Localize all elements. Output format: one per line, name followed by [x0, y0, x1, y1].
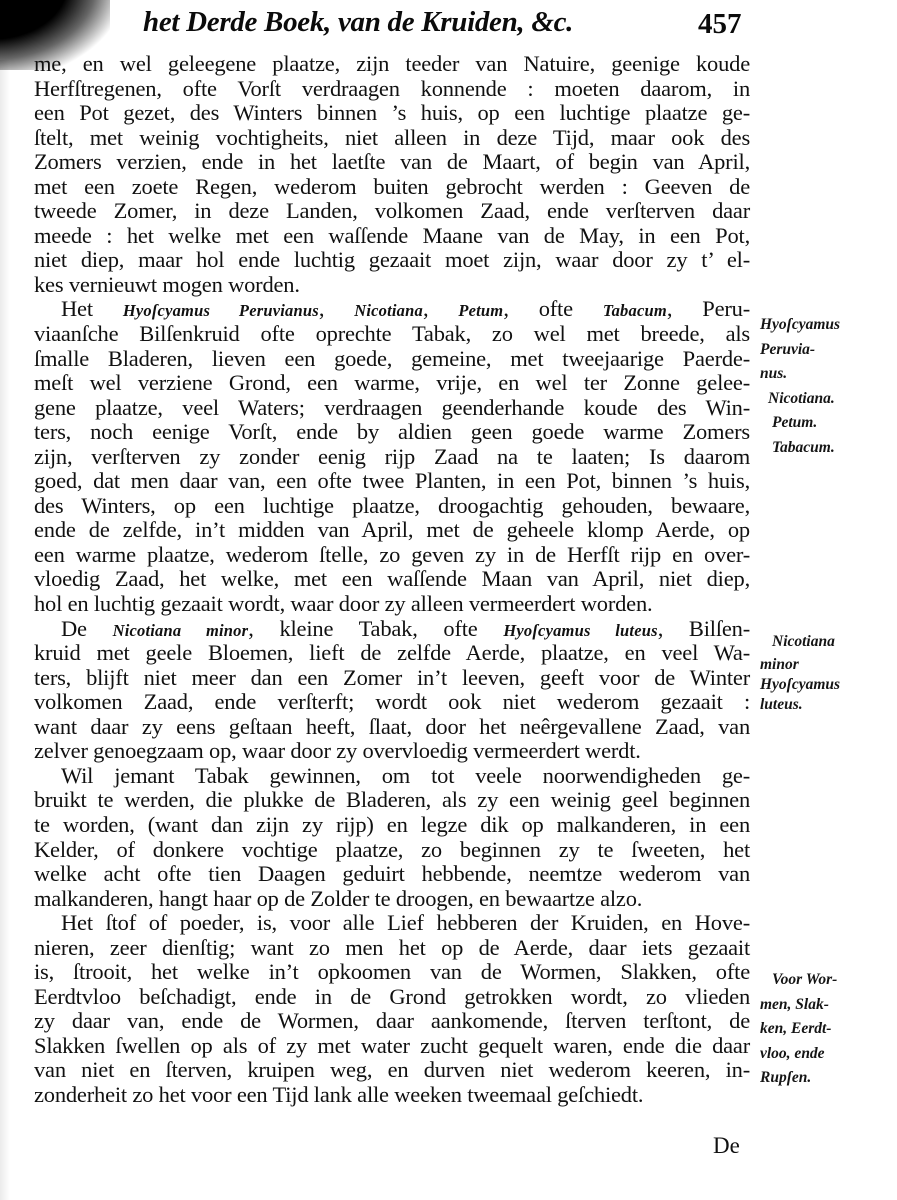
text-line: niet diep, maar hol ende luchtig gezaait… — [34, 248, 750, 273]
text-line: meſt wel verziene Grond, een warme, vrij… — [34, 371, 750, 396]
text-line: nieren, zeer dienſtig; want zo men het o… — [34, 936, 750, 961]
margin-note-line: vloo, ende — [760, 1042, 895, 1067]
paragraph-continuation: me, en wel geleegene plaatze, zijn teede… — [34, 52, 750, 297]
text-line: gene plaatze, veel Waters; verdraagen ge… — [34, 396, 750, 421]
text-line: ſmalle Bladeren, lieven een goede, gemei… — [34, 347, 750, 372]
latin-name: Petum — [458, 301, 503, 320]
margin-note-line: Voor Wor- — [760, 968, 895, 993]
text-line: goed, dat men daar van, een ofte twee Pl… — [34, 469, 750, 494]
text-line: ende de zelfde, in’t midden van April, m… — [34, 518, 750, 543]
text-line: zonderheit zo het voor een Tijd lank all… — [34, 1083, 750, 1108]
paragraph-tabak-gewinnen: Wil jemant Tabak gewinnen, om tot veele … — [34, 764, 750, 911]
text-line: ters, blijft niet meer dan een Zomer in’… — [34, 666, 750, 691]
text-line: tweede Zomer, in deze Landen, volkomen Z… — [34, 199, 750, 224]
margin-note-line: Hyoſcyamus — [760, 675, 895, 695]
text-line: met een zoete Regen, wederom buiten gebr… — [34, 175, 750, 200]
margin-note-line: minor — [760, 655, 895, 675]
text-span: De — [61, 616, 113, 641]
page-gutter — [0, 60, 10, 1200]
margin-note-line: Hyoſcyamus — [760, 313, 895, 338]
text-line: zelver genoegzaam op, waar door zy overv… — [34, 739, 750, 764]
text-line: te worden, (want dan zijn zy rijp) en le… — [34, 813, 750, 838]
text-line: een Pot gezet, des Winters binnen ’s hui… — [34, 101, 750, 126]
margin-note-line: Tabacum. — [760, 436, 895, 461]
text-line: Zomers verzien, ende in het laetſte van … — [34, 150, 750, 175]
margin-note-line: nus. — [760, 362, 895, 387]
text-line: volkomen Zaad, ende verſterft; wordt ook… — [34, 690, 750, 715]
text-line: Het ſtof of poeder, is, voor alle Lief h… — [34, 911, 750, 936]
latin-name: Tabacum — [603, 301, 667, 320]
text-line: malkanderen, hangt haar op de Zolder te … — [34, 887, 750, 912]
text-line: Wil jemant Tabak gewinnen, om tot veele … — [34, 764, 750, 789]
text-line: Herfſtregenen, ofte Vorſt verdraagen kon… — [34, 77, 750, 102]
text-line: van niet en ſterven, kruipen weg, en dur… — [34, 1058, 750, 1083]
running-head: het Derde Boek, van de Kruiden, &c. — [143, 6, 573, 39]
text-line: welke acht ofte tien Daagen geduirt hebb… — [34, 862, 750, 887]
latin-name: Nicotiana — [354, 301, 423, 320]
margin-note-line: Rupſen. — [760, 1066, 895, 1091]
text-line: des Winters, op een luchtige plaatze, dr… — [34, 494, 750, 519]
margin-note-tabacum: Hyoſcyamus Peruvia- nus. Nicotiana. Petu… — [760, 313, 895, 460]
margin-note-line: Nicotiana — [760, 630, 895, 655]
text-line: viaanſche Bilſenkruid ofte oprechte Taba… — [34, 322, 750, 347]
text-span: , — [423, 296, 458, 321]
text-line: ſtelt, met weinig vochtigheits, niet all… — [34, 126, 750, 151]
text-span: , Bilſen- — [658, 616, 750, 641]
text-line: Eerdtvloo beſchadigt, ende in de Grond g… — [34, 985, 750, 1010]
latin-name: Hyoſcyamus Peruvianus — [123, 301, 319, 320]
text-line: Slakken ſwellen op als of zy met water z… — [34, 1034, 750, 1059]
text-line: Kelder, of donkere vochtige plaatze, zo … — [34, 838, 750, 863]
margin-note-line: ken, Eerdt- — [760, 1017, 895, 1042]
text-line: ters, noch eenige Vorſt, ende by aldien … — [34, 420, 750, 445]
margin-note-line: Nicotiana. — [760, 387, 895, 412]
paragraph-nicotiana-minor: De Nicotiana minor, kleine Tabak, ofte H… — [34, 617, 750, 764]
margin-note-line: Peruvia- — [760, 338, 895, 363]
text-line: me, en wel geleegene plaatze, zijn teede… — [34, 52, 750, 77]
body-text: me, en wel geleegene plaatze, zijn teede… — [34, 52, 750, 1108]
margin-note-nicotiana-minor: Nicotiana minor Hyoſcyamus luteus. — [760, 630, 895, 715]
text-span: , Peru- — [667, 296, 750, 321]
paragraph-tabacum: Het Hyoſcyamus Peruvianus, Nicotiana, Pe… — [34, 297, 750, 616]
latin-name: Nicotiana minor — [113, 621, 249, 640]
page-number: 457 — [698, 8, 742, 41]
text-line: kruid met geele Bloemen, lieft de zelfde… — [34, 641, 750, 666]
text-span: , — [319, 296, 354, 321]
margin-note-wormen: Voor Wor- men, Slak- ken, Eerdt- vloo, e… — [760, 968, 895, 1091]
margin-note-line: men, Slak- — [760, 993, 895, 1018]
text-line: hol en luchtig gezaait wordt, waar door … — [34, 592, 750, 617]
text-line: is, ſtrooit, het welke in’t opkoomen van… — [34, 960, 750, 985]
text-line: zijn, verſterven zy zonder eenig rijp Za… — [34, 445, 750, 470]
text-span: , ofte — [503, 296, 603, 321]
text-line: vloedig Zaad, het welke, met een waſſend… — [34, 567, 750, 592]
margin-note-line: luteus. — [760, 695, 895, 715]
text-span: Het — [61, 296, 123, 321]
margin-note-line: Petum. — [760, 411, 895, 436]
text-line: Het Hyoſcyamus Peruvianus, Nicotiana, Pe… — [34, 297, 750, 322]
text-line: De Nicotiana minor, kleine Tabak, ofte H… — [34, 617, 750, 642]
text-line: bruikt te werden, die plukke de Bladeren… — [34, 788, 750, 813]
text-line: kes vernieuwt mogen worden. — [34, 273, 750, 298]
text-line: een warme plaatze, wederom ſtelle, zo ge… — [34, 543, 750, 568]
text-span: , kleine Tabak, ofte — [248, 616, 503, 641]
text-line: zy daar van, ende de Wormen, daar aankom… — [34, 1009, 750, 1034]
latin-name: Hyoſcyamus luteus — [503, 621, 657, 640]
text-line: meede : het welke met een waſſende Maane… — [34, 224, 750, 249]
text-line: want daar zy eens geſtaan heeft, ſlaat, … — [34, 715, 750, 740]
paragraph-stof-poeder: Het ſtof of poeder, is, voor alle Lief h… — [34, 911, 750, 1107]
catchword: De — [713, 1133, 740, 1159]
